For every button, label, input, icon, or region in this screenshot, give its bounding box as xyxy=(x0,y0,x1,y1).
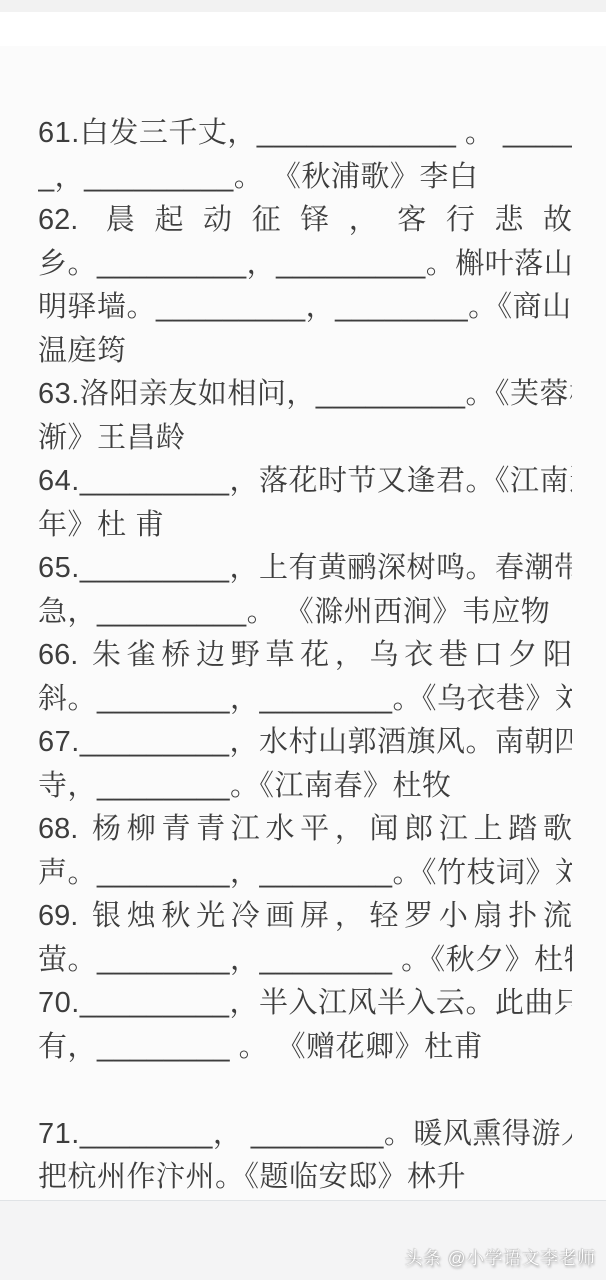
text-line: 温庭筠 xyxy=(38,330,572,374)
document-body: 61.白发三千丈，____________ 。 ___________，____… xyxy=(0,0,606,1200)
text-line: 寺，________。《江南春》杜牧 xyxy=(38,765,572,809)
text-line: 70._________，半入江风半入云。此曲只应天上 xyxy=(38,982,572,1026)
text-line: _，_________。 《秋浦歌》李白 xyxy=(38,156,572,200)
text-line: 61.白发三千丈，____________ 。 __________ xyxy=(38,112,572,156)
text-line: 66. 朱雀桥边野草花，乌衣巷口夕阳 xyxy=(38,634,572,678)
text-line: 声。________，________。《竹枝词》刘禹锡 xyxy=(38,852,572,896)
text-line: 65._________，上有黄鹂深树鸣。春潮带雨晚来 xyxy=(38,547,572,591)
text-line: 萤。________，________ 。《秋夕》杜牧 xyxy=(38,939,572,983)
document-lines: 61.白发三千丈，____________ 。 ___________，____… xyxy=(38,112,572,1200)
text-line: 斜。________，________。《乌衣巷》刘禹锡 xyxy=(38,678,572,722)
text-line: 62. 晨起动征铎，客行悲故 xyxy=(38,199,572,243)
text-line: 把杭州作汴州。《题临安邸》林升 xyxy=(38,1156,572,1200)
text-line: 乡。_________，_________。槲叶落山路，枳花 xyxy=(38,243,572,287)
text-line: 渐》王昌龄 xyxy=(38,417,572,461)
text-line: 急，_________。 《滁州西涧》韦应物 xyxy=(38,591,572,635)
text-line: 71.________， ________。暖风熏得游人醉，直 xyxy=(38,1113,572,1157)
text-line: 67._________，水村山郭酒旗风。南朝四百八十 xyxy=(38,721,572,765)
watermark: 头条 @小学语文李老师 xyxy=(405,1245,596,1270)
poetry-worksheet-page: 61.白发三千丈，____________ 。 ___________，____… xyxy=(0,0,606,1280)
footer-bar: 头条 @小学语文李老师 xyxy=(0,1200,606,1280)
text-line: 年》杜 甫 xyxy=(38,504,572,548)
text-line: 有，________ 。 《赠花卿》杜甫 xyxy=(38,1026,572,1070)
text-line xyxy=(38,1069,572,1113)
text-line: 明驿墙。_________，________。《商山早行》 xyxy=(38,286,572,330)
text-line: 69. 银烛秋光冷画屏，轻罗小扇扑流 xyxy=(38,895,572,939)
text-line: 64._________，落花时节又逢君。《江南逢李龟 xyxy=(38,460,572,504)
text-line: 68. 杨柳青青江水平，闻郎江上踏歌 xyxy=(38,808,572,852)
text-line: 63.洛阳亲友如相问，_________。《芙蓉楼送辛 xyxy=(38,373,572,417)
